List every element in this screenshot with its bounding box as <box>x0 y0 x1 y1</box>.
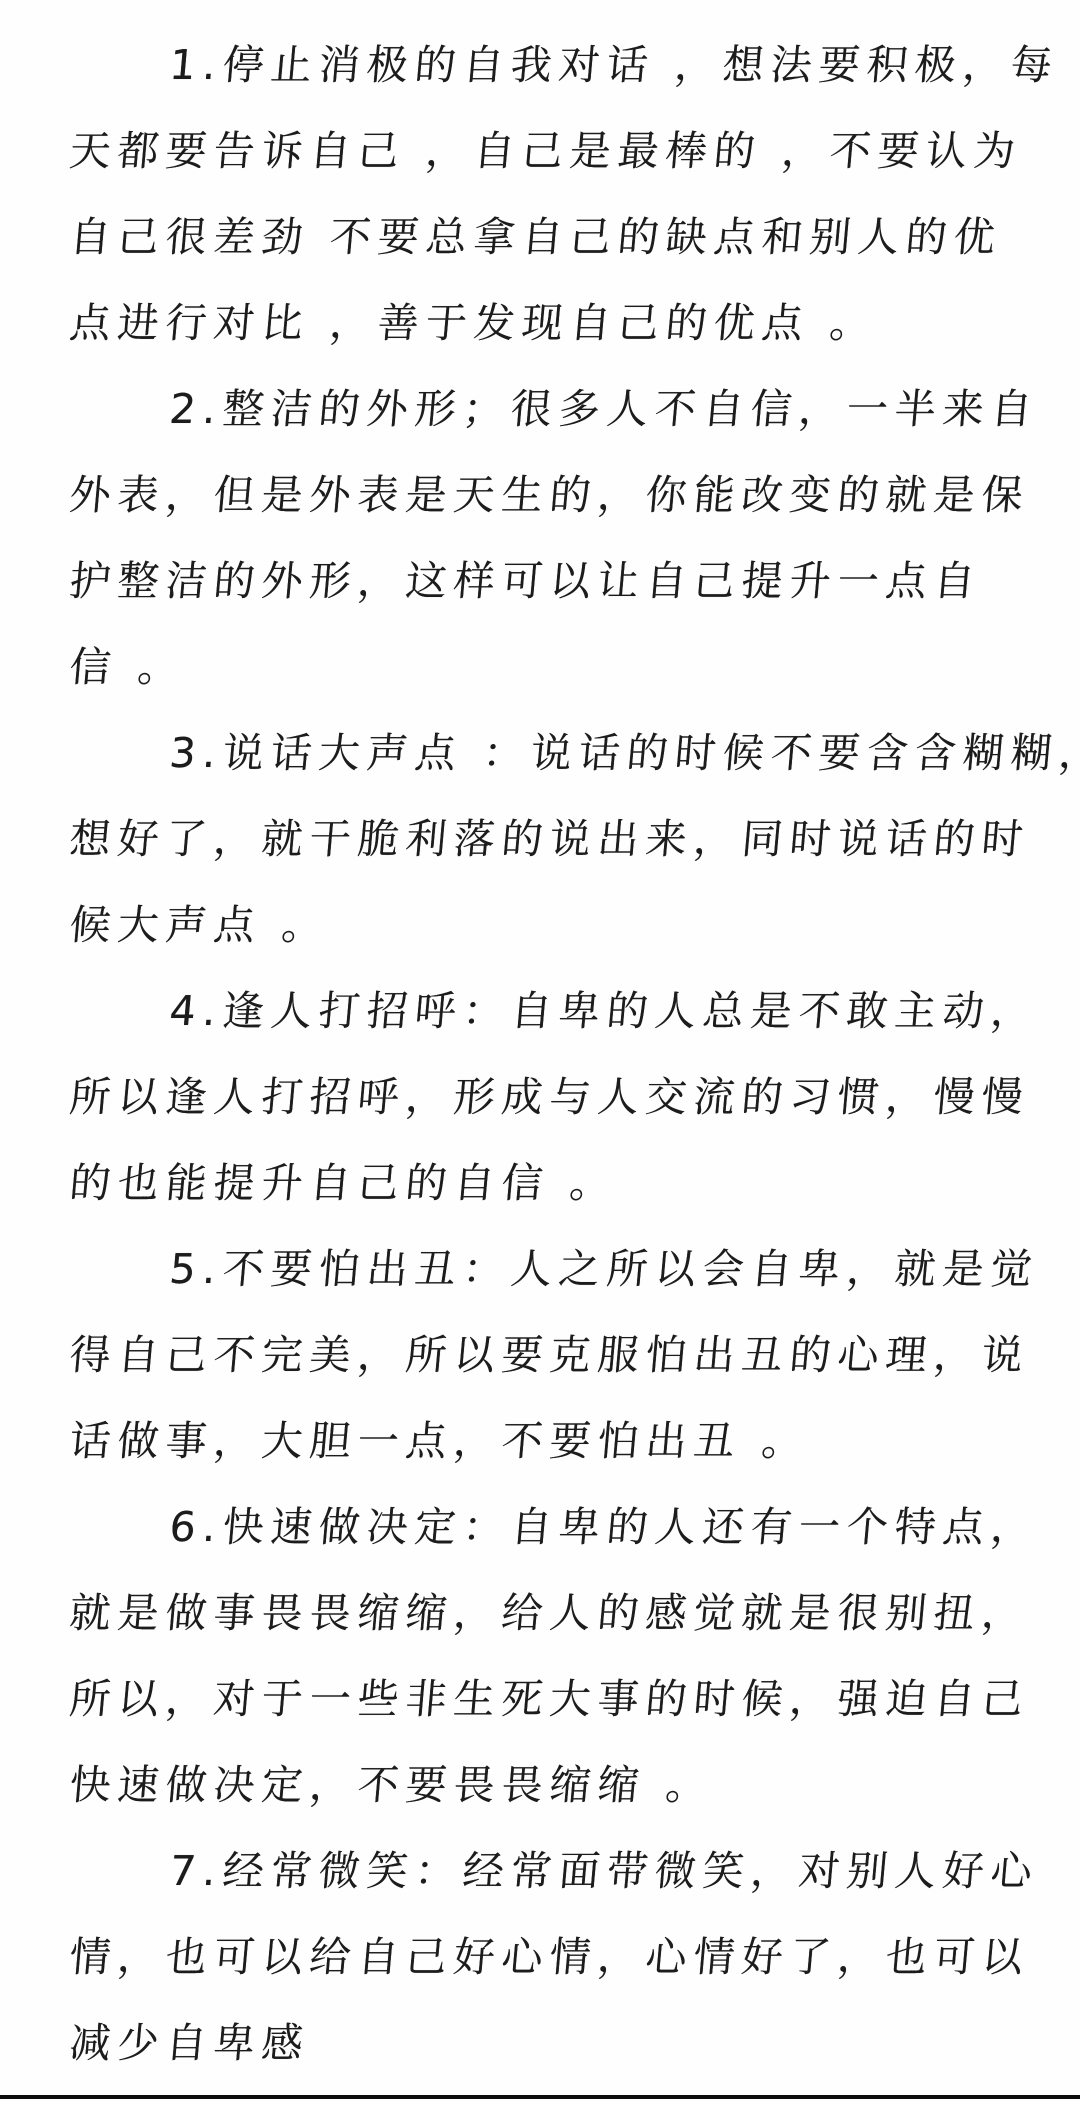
text-line: 7.经常微笑：经常面带微笑，对别人好心 <box>66 1828 1024 1914</box>
text-line: 信 。 <box>66 624 1024 710</box>
text-line: 5.不要怕出丑：人之所以会自卑，就是觉 <box>66 1226 1024 1312</box>
text-line: 话做事，大胆一点，不要怕出丑 。 <box>66 1398 1024 1484</box>
text-line: 就是做事畏畏缩缩，给人的感觉就是很别扭， <box>66 1570 1024 1656</box>
text-line: 所以，对于一些非生死大事的时候，强迫自己 <box>66 1656 1024 1742</box>
text-line: 想好了，就干脆利落的说出来，同时说话的时 <box>66 796 1024 882</box>
text-line: 1.停止消极的自我对话 ，想法要积极，每 <box>66 22 1024 108</box>
handwritten-note-page: 1.停止消极的自我对话 ，想法要积极，每 天都要告诉自己 ，自己是最棒的 ，不要… <box>0 0 1080 2102</box>
text-line: 减少自卑感 <box>66 2000 1024 2086</box>
text-line: 护整洁的外形，这样可以让自己提升一点自 <box>66 538 1024 624</box>
paragraph-3-speak-louder: 3.说话大声点 ：说话的时候不要含含糊糊， 想好了，就干脆利落的说出来，同时说话… <box>66 710 1016 968</box>
text-line: 快速做决定，不要畏畏缩缩 。 <box>66 1742 1024 1828</box>
paragraph-1-stop-negative-self-talk: 1.停止消极的自我对话 ，想法要积极，每 天都要告诉自己 ，自己是最棒的 ，不要… <box>66 22 1016 366</box>
text-line: 2.整洁的外形；很多人不自信，一半来自 <box>66 366 1024 452</box>
text-line: 情，也可以给自己好心情，心情好了，也可以 <box>66 1914 1024 2000</box>
text-line: 所以逢人打招呼，形成与人交流的习惯，慢慢 <box>66 1054 1024 1140</box>
text-line: 点进行对比 ，善于发现自己的优点 。 <box>66 280 1024 366</box>
text-line: 天都要告诉自己 ，自己是最棒的 ，不要认为 <box>66 108 1024 194</box>
text-line: 3.说话大声点 ：说话的时候不要含含糊糊， <box>66 710 1024 796</box>
paragraph-4-greet-people: 4.逢人打招呼：自卑的人总是不敢主动， 所以逢人打招呼，形成与人交流的习惯，慢慢… <box>66 968 1016 1226</box>
note-text-block: 1.停止消极的自我对话 ，想法要积极，每 天都要告诉自己 ，自己是最棒的 ，不要… <box>66 22 1016 2086</box>
bottom-divider <box>0 2095 1080 2099</box>
text-line: 候大声点 。 <box>66 882 1024 968</box>
paragraph-5-dont-fear-embarrassment: 5.不要怕出丑：人之所以会自卑，就是觉 得自己不完美，所以要克服怕出丑的心理，说… <box>66 1226 1016 1484</box>
text-line: 6.快速做决定：自卑的人还有一个特点， <box>66 1484 1024 1570</box>
text-line: 外表，但是外表是天生的，你能改变的就是保 <box>66 452 1024 538</box>
text-line: 的也能提升自己的自信 。 <box>66 1140 1024 1226</box>
text-line: 4.逢人打招呼：自卑的人总是不敢主动， <box>66 968 1024 1054</box>
text-line: 得自己不完美，所以要克服怕出丑的心理，说 <box>66 1312 1024 1398</box>
paragraph-7-smile-often: 7.经常微笑：经常面带微笑，对别人好心 情，也可以给自己好心情，心情好了，也可以… <box>66 1828 1016 2086</box>
paragraph-2-neat-appearance: 2.整洁的外形；很多人不自信，一半来自 外表，但是外表是天生的，你能改变的就是保… <box>66 366 1016 710</box>
paragraph-6-decide-quickly: 6.快速做决定：自卑的人还有一个特点， 就是做事畏畏缩缩，给人的感觉就是很别扭，… <box>66 1484 1016 1828</box>
text-line: 自己很差劲 不要总拿自己的缺点和别人的优 <box>66 194 1024 280</box>
